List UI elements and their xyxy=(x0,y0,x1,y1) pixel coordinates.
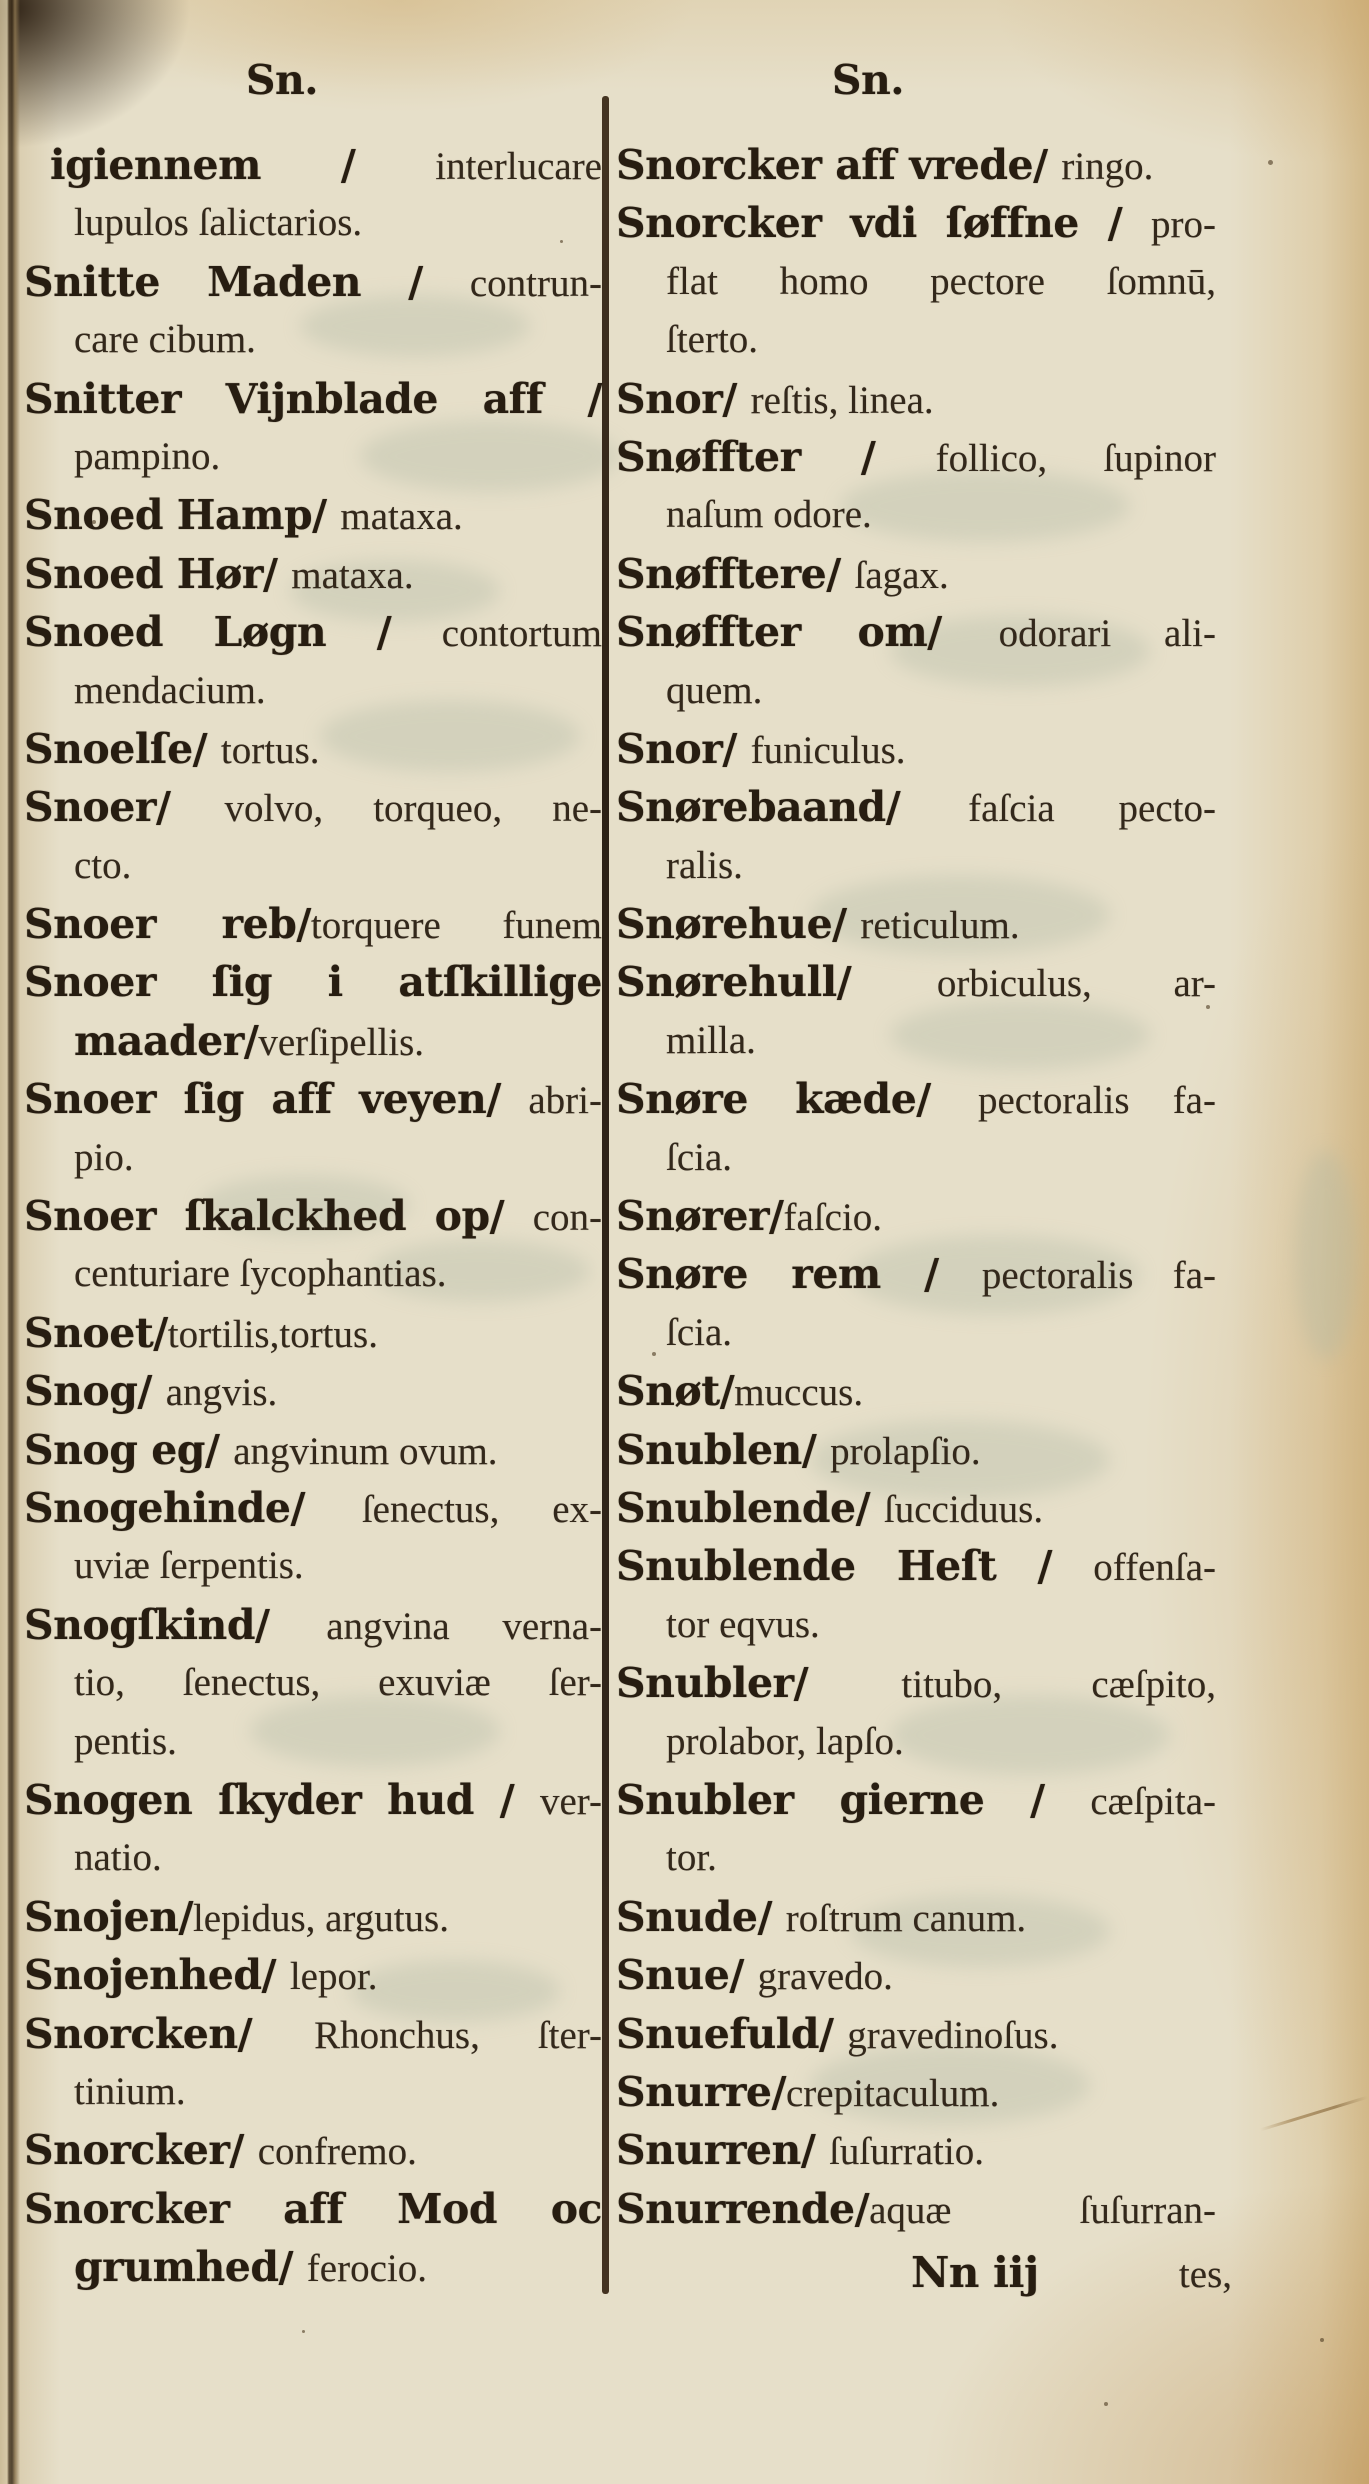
headword-text: Snoed Løgn / xyxy=(24,608,442,656)
dictionary-entry-line: tio, ſenectus, exuviæ ſer- xyxy=(24,1654,602,1712)
column-divider-rule xyxy=(602,96,609,2294)
dictionary-entry-line: Snorcker vdi ſøffne / pro- xyxy=(616,194,1216,252)
translation-text: lepor. xyxy=(290,1955,378,1998)
headword-text: Snitte Maden / xyxy=(24,258,470,306)
headword-text: maader/ xyxy=(74,1017,258,1065)
dictionary-entry-line: ſcia. xyxy=(616,1304,1216,1362)
dictionary-entry-line: pampino. xyxy=(24,428,602,486)
translation-text: reticulum. xyxy=(860,904,1019,947)
translation-text: confremo. xyxy=(258,2130,417,2173)
catchword: tes, xyxy=(1179,2246,1232,2304)
headword-text: Snoer/ xyxy=(24,783,225,831)
dictionary-entry-line: Snoer ſig i atſkillige xyxy=(24,953,602,1011)
dictionary-entry-line: Snøfftere/ ſagax. xyxy=(616,545,1216,603)
headword-text: Snørehull/ xyxy=(616,958,937,1006)
headword-text: Snørehue/ xyxy=(616,900,860,948)
translation-text: aquæ ſuſurran- xyxy=(869,2189,1216,2232)
headword-text: Snurre/ xyxy=(616,2068,786,2116)
translation-text: quem. xyxy=(666,669,762,712)
dictionary-entry-line: Snørebaand/ faſcia pecto- xyxy=(616,778,1216,836)
translation-text: lepidus, argutus. xyxy=(193,1897,449,1940)
translation-text: abri- xyxy=(528,1079,602,1122)
translation-text: cto. xyxy=(74,844,131,887)
dictionary-entry-line: Snorcker aff vrede/ ringo. xyxy=(616,136,1216,194)
headword-text: Snogſkind/ xyxy=(24,1601,326,1649)
dictionary-entry-line: tinium. xyxy=(24,2063,602,2121)
headword-text: Snoer ſkalckhed op/ xyxy=(24,1192,533,1240)
headword-text: Snubler/ xyxy=(616,1659,901,1707)
dictionary-entry-line: Snubler gierne / cæſpita- xyxy=(616,1771,1216,1829)
translation-text: centuriare ſycophantias. xyxy=(74,1252,447,1295)
dictionary-entry-line: Snøffter / follico, ſupinor xyxy=(616,428,1216,486)
translation-text: mendacium. xyxy=(74,669,266,712)
headword-text: Snoed Hamp/ xyxy=(24,491,340,539)
headword-text: Snoer ſig i atſkillige xyxy=(24,958,602,1006)
headword-text: Snoelſe/ xyxy=(24,725,221,773)
headword-text: Snitter Vijnblade aff / xyxy=(24,375,602,423)
translation-text: natio. xyxy=(74,1836,162,1879)
headword-text: Snøre rem / xyxy=(616,1250,982,1298)
translation-text: lupulos ſalictarios. xyxy=(74,201,362,244)
dictionary-entry-line: ralis. xyxy=(616,837,1216,895)
dictionary-entry-line: Snog/ angvis. xyxy=(24,1362,602,1420)
column-header-left: Sn. xyxy=(0,56,570,126)
translation-text: ringo. xyxy=(1061,145,1153,188)
dictionary-entry-line: pio. xyxy=(24,1129,602,1187)
translation-text: milla. xyxy=(666,1019,756,1062)
headword-text: Snorcker/ xyxy=(24,2126,258,2174)
headword-text: Snøffter / xyxy=(616,433,936,481)
headword-text: Snøre kæde/ xyxy=(616,1075,978,1123)
translation-text: ſucciduus. xyxy=(884,1488,1043,1531)
translation-text: Rhonchus, ſter- xyxy=(314,2014,602,2057)
translation-text: uviæ ſerpentis. xyxy=(74,1544,304,1587)
translation-text: mataxa. xyxy=(291,554,413,597)
dictionary-entry-line: Snojenhed/ lepor. xyxy=(24,1946,602,2004)
translation-text: ſenectus, ex- xyxy=(362,1488,602,1531)
translation-text: ralis. xyxy=(666,844,743,887)
right-column: Snorcker aff vrede/ ringo.Snorcker vdi ſ… xyxy=(616,136,1216,2238)
translation-text: follico, ſupinor xyxy=(936,437,1216,480)
paper-crack xyxy=(1260,2096,1368,2132)
headword-text: grumhed/ xyxy=(74,2243,307,2291)
paper-speck xyxy=(1104,2402,1108,2406)
dictionary-entry-line: lupulos ſalictarios. xyxy=(24,194,602,252)
translation-text: reſtis, linea. xyxy=(751,379,934,422)
translation-text: faſcia pecto- xyxy=(968,787,1216,830)
bleed-through-ghost xyxy=(1295,1150,1357,1360)
dictionary-entry-line: ſcia. xyxy=(616,1129,1216,1187)
translation-text: offenſa- xyxy=(1093,1546,1216,1589)
headword-text: Snublende/ xyxy=(616,1484,884,1532)
dictionary-entry-line: Snoed Løgn / contortum xyxy=(24,603,602,661)
headword-text: igiennem / xyxy=(50,141,435,189)
translation-text: con- xyxy=(533,1196,602,1239)
translation-text: cæſpita- xyxy=(1090,1780,1216,1823)
dictionary-entry-line: Snurrende/aquæ ſuſurran- xyxy=(616,2180,1216,2238)
dictionary-entry-line: ſterto. xyxy=(616,311,1216,369)
translation-text: pro- xyxy=(1151,203,1216,246)
dictionary-entry-line: Snuefuld/ gravedinoſus. xyxy=(616,2005,1216,2063)
headword-text: Snue/ xyxy=(616,1951,758,1999)
translation-text: angvinum ovum. xyxy=(233,1430,497,1473)
headword-text: Snubler gierne / xyxy=(616,1776,1090,1824)
dictionary-entry-line: Snørehue/ reticulum. xyxy=(616,895,1216,953)
translation-text: crepitaculum. xyxy=(786,2072,999,2115)
dictionary-entry-line: Snojen/lepidus, argutus. xyxy=(24,1888,602,1946)
paper-speck xyxy=(1320,2338,1324,2342)
translation-text: faſcio. xyxy=(784,1196,883,1239)
translation-text: ſcia. xyxy=(666,1136,732,1179)
dictionary-entry-line: Snublen/ prolapſio. xyxy=(616,1421,1216,1479)
signature-line: Nn iij tes, xyxy=(616,2244,1236,2302)
headword-text: Snoed Hør/ xyxy=(24,550,291,598)
dictionary-entry-line: milla. xyxy=(616,1012,1216,1070)
dictionary-entry-line: Snorcker aff Mod oc xyxy=(24,2180,602,2238)
dictionary-entry-line: grumhed/ ferocio. xyxy=(24,2238,602,2296)
headword-text: Snor/ xyxy=(616,725,751,773)
translation-text: tor eqvus. xyxy=(666,1603,820,1646)
dictionary-entry-line: Snog eg/ angvinum ovum. xyxy=(24,1421,602,1479)
translation-text: tortus. xyxy=(221,729,320,772)
dictionary-entry-line: prolabor, lapſo. xyxy=(616,1713,1216,1771)
dictionary-entry-line: Snublende Heſt / offenſa- xyxy=(616,1537,1216,1595)
headword-text: Snører/ xyxy=(616,1192,784,1240)
dictionary-entry-line: uviæ ſerpentis. xyxy=(24,1537,602,1595)
translation-text: ſterto. xyxy=(666,318,758,361)
signature-mark: Nn iij xyxy=(911,2244,1039,2302)
dictionary-entry-line: tor. xyxy=(616,1829,1216,1887)
translation-text: ſagax. xyxy=(855,554,949,597)
translation-text: pectoralis fa- xyxy=(982,1254,1216,1297)
translation-text: interlucare xyxy=(435,145,602,188)
dictionary-entry-line: Snøt/muccus. xyxy=(616,1362,1216,1420)
left-column: igiennem / interlucarelupulos ſalictario… xyxy=(24,136,602,2296)
dictionary-entry-line: pentis. xyxy=(24,1713,602,1771)
translation-text: prolabor, lapſo. xyxy=(666,1720,904,1763)
dictionary-entry-line: Snoer ſkalckhed op/ con- xyxy=(24,1187,602,1245)
headword-text: Snurrende/ xyxy=(616,2185,869,2233)
dictionary-entry-line: igiennem / interlucare xyxy=(24,136,602,194)
translation-text: roſtrum canum. xyxy=(786,1897,1026,1940)
dictionary-entry-line: mendacium. xyxy=(24,662,602,720)
headword-text: Snoer ſig aff veyen/ xyxy=(24,1075,528,1123)
translation-text: angvis. xyxy=(166,1371,278,1414)
translation-text: contrun- xyxy=(470,262,602,305)
translation-text: ſcia. xyxy=(666,1311,732,1354)
translation-text: muccus. xyxy=(734,1371,863,1414)
dictionary-entry-line: care cibum. xyxy=(24,311,602,369)
dictionary-entry-line: Snogſkind/ angvina verna- xyxy=(24,1596,602,1654)
translation-text: pectoralis fa- xyxy=(978,1079,1216,1122)
dictionary-entry-line: Snoed Hamp/ mataxa. xyxy=(24,486,602,544)
translation-text: contortum xyxy=(442,612,602,655)
translation-text: tortilis,tortus. xyxy=(168,1313,378,1356)
headword-text: Snorcker vdi ſøffne / xyxy=(616,199,1151,247)
translation-text: pio. xyxy=(74,1136,134,1179)
headword-text: Snog eg/ xyxy=(24,1426,233,1474)
translation-text: orbiculus, ar- xyxy=(937,962,1216,1005)
dictionary-entry-line: tor eqvus. xyxy=(616,1596,1216,1654)
dictionary-entry-line: Snublende/ ſucciduus. xyxy=(616,1479,1216,1537)
headword-text: Snurren/ xyxy=(616,2126,829,2174)
dictionary-entry-line: centuriare ſycophantias. xyxy=(24,1245,602,1303)
headword-text: Snog/ xyxy=(24,1367,166,1415)
headword-text: Snoer reb/ xyxy=(24,900,311,948)
paper-speck xyxy=(1268,160,1273,165)
translation-text: naſum odore. xyxy=(666,493,872,536)
dictionary-entry-line: Snoelſe/ tortus. xyxy=(24,720,602,778)
headword-text: Snøt/ xyxy=(616,1367,734,1415)
translation-text: angvina verna- xyxy=(326,1605,602,1648)
headword-text: Snorcker aff vrede/ xyxy=(616,141,1061,189)
translation-text: tinium. xyxy=(74,2070,186,2113)
dictionary-entry-line: naſum odore. xyxy=(616,486,1216,544)
dictionary-entry-line: Snoer/ volvo, torqueo, ne- xyxy=(24,778,602,836)
dictionary-entry-line: natio. xyxy=(24,1829,602,1887)
dictionary-entry-line: cto. xyxy=(24,837,602,895)
dictionary-entry-line: Snorcker/ confremo. xyxy=(24,2121,602,2179)
translation-text: pampino. xyxy=(74,435,220,478)
dictionary-entry-line: Snoet/tortilis,tortus. xyxy=(24,1304,602,1362)
headword-text: Snublen/ xyxy=(616,1426,830,1474)
dictionary-entry-line: quem. xyxy=(616,662,1216,720)
headword-text: Snublende Heſt / xyxy=(616,1542,1093,1590)
headword-text: Snude/ xyxy=(616,1893,786,1941)
translation-text: prolapſio. xyxy=(830,1430,981,1473)
headword-text: Snøfftere/ xyxy=(616,550,855,598)
translation-text: ſuſurratio. xyxy=(829,2130,984,2173)
paper-speck xyxy=(302,2330,305,2333)
headword-text: Snogehinde/ xyxy=(24,1484,362,1532)
dictionary-entry-line: Snøre kæde/ pectoralis fa- xyxy=(616,1070,1216,1128)
dictionary-entry-line: Snøffter om/ odorari ali- xyxy=(616,603,1216,661)
headword-text: Snøffter om/ xyxy=(616,608,999,656)
dictionary-entry-line: flat homo pectore ſomnū, xyxy=(616,253,1216,311)
translation-text: pentis. xyxy=(74,1720,177,1763)
translation-text: gravedinoſus. xyxy=(847,2014,1058,2057)
headword-text: Snuefuld/ xyxy=(616,2010,847,2058)
dictionary-entry-line: Snogen ſkyder hud / ver- xyxy=(24,1771,602,1829)
dictionary-entry-line: Snue/ gravedo. xyxy=(616,1946,1216,2004)
translation-text: volvo, torqueo, ne- xyxy=(225,787,602,830)
dictionary-entry-line: Snitte Maden / contrun- xyxy=(24,253,602,311)
translation-text: torquere funem xyxy=(311,904,602,947)
dictionary-entry-line: Snubler/ titubo, cæſpito, xyxy=(616,1654,1216,1712)
translation-text: odorari ali- xyxy=(999,612,1216,655)
headword-text: Snørebaand/ xyxy=(616,783,968,831)
dictionary-entry-line: Snøre rem / pectoralis fa- xyxy=(616,1245,1216,1303)
translation-text: flat homo pectore ſomnū, xyxy=(666,260,1216,303)
dictionary-entry-line: Snørehull/ orbiculus, ar- xyxy=(616,953,1216,1011)
dictionary-entry-line: Snitter Vijnblade aff / xyxy=(24,370,602,428)
headword-text: Snojenhed/ xyxy=(24,1951,290,1999)
dictionary-entry-line: Snude/ roſtrum canum. xyxy=(616,1888,1216,1946)
dictionary-entry-line: Snor/ reſtis, linea. xyxy=(616,370,1216,428)
dictionary-entry-line: Snorcken/ Rhonchus, ſter- xyxy=(24,2005,602,2063)
headword-text: Snojen/ xyxy=(24,1893,193,1941)
translation-text: ferocio. xyxy=(307,2247,427,2290)
translation-text: verſipellis. xyxy=(258,1021,424,1064)
headword-text: Snorcker aff Mod oc xyxy=(24,2185,602,2233)
column-header-right: Sn. xyxy=(568,56,1168,126)
dictionary-entry-line: Snoed Hør/ mataxa. xyxy=(24,545,602,603)
dictionary-entry-line: Snoer ſig aff veyen/ abri- xyxy=(24,1070,602,1128)
translation-text: ver- xyxy=(540,1780,602,1823)
translation-text: funiculus. xyxy=(751,729,906,772)
headword-text: Snogen ſkyder hud / xyxy=(24,1776,540,1824)
dictionary-entry-line: maader/verſipellis. xyxy=(24,1012,602,1070)
translation-text: titubo, cæſpito, xyxy=(901,1663,1216,1706)
dictionary-entry-line: Snogehinde/ ſenectus, ex- xyxy=(24,1479,602,1537)
dictionary-entry-line: Snoer reb/torquere funem xyxy=(24,895,602,953)
headword-text: Snoet/ xyxy=(24,1309,168,1357)
translation-text: mataxa. xyxy=(340,495,462,538)
translation-text: tio, ſenectus, exuviæ ſer- xyxy=(74,1661,602,1704)
headword-text: Snor/ xyxy=(616,375,751,423)
dictionary-entry-line: Snurre/crepitaculum. xyxy=(616,2063,1216,2121)
dictionary-entry-line: Snører/faſcio. xyxy=(616,1187,1216,1245)
binding-edge xyxy=(0,0,20,2484)
scanned-dictionary-page: Sn. Sn. igiennem / interlucarelupulos ſa… xyxy=(0,0,1369,2484)
dictionary-entry-line: Snor/ funiculus. xyxy=(616,720,1216,778)
translation-text: care cibum. xyxy=(74,318,256,361)
headword-text: Snorcken/ xyxy=(24,2010,314,2058)
translation-text: gravedo. xyxy=(758,1955,893,1998)
translation-text: tor. xyxy=(666,1836,717,1879)
dictionary-entry-line: Snurren/ ſuſurratio. xyxy=(616,2121,1216,2179)
